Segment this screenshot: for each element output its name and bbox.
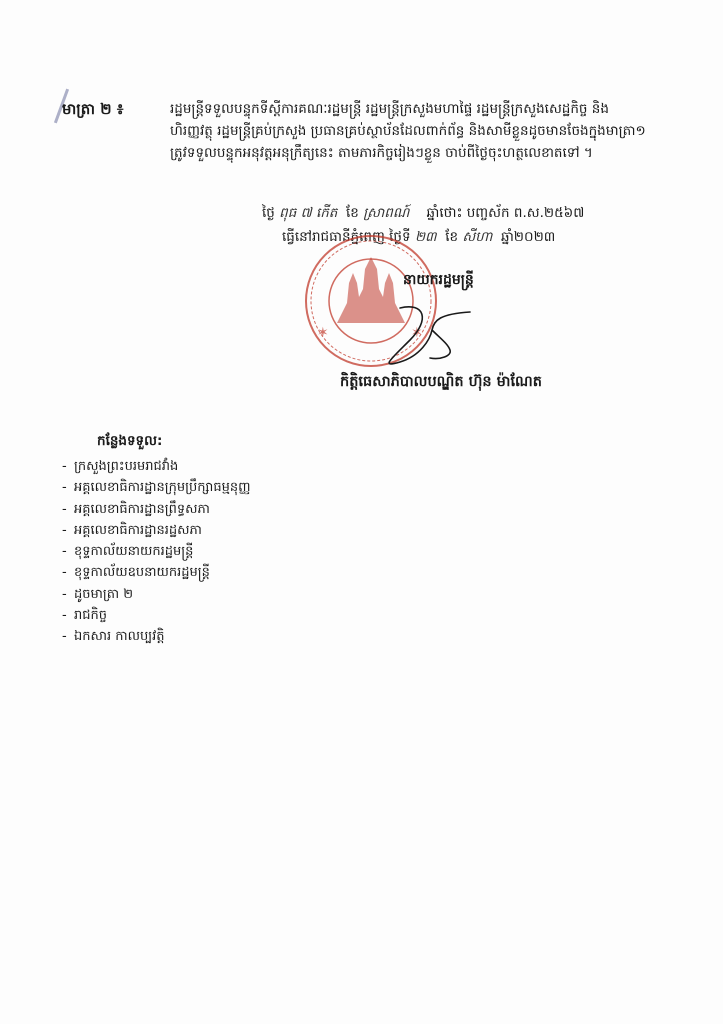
signature-icon [370,300,500,370]
solar-month-prefix: ខែ [445,229,458,245]
article-label: មាត្រា ២ ៖ [62,100,123,122]
recipients-heading: កន្លែងទទួល: [97,432,162,452]
lunar-prefix: ថ្ងៃ [262,205,275,221]
recipients-list: -ក្រសួងព្រះបរមរាជវាំង -អគ្គលេខាធិការដ្ឋា… [62,456,250,648]
list-item: -ដូចមាត្រា ២ [62,584,250,605]
lunar-year: ឆ្នាំថោះ បញ្ចស័ក ព.ស.២៥៦៧ [427,205,585,221]
solar-year: ឆ្នាំ២០២៣ [501,229,555,245]
list-item: -ខុទ្ទកាល័យនាយករដ្ឋមន្ត្រី [62,541,250,562]
signatory-name: កិត្តិធេសាភិបាលបណ្ឌិត ហ៊ុន ម៉ាណែត [340,373,542,394]
lunar-month-prefix: ខែ [346,205,359,221]
list-item: -អគ្គលេខាធិការដ្ឋានព្រឹទ្ធសភា [62,499,250,520]
article-line: ត្រូវទទួលបន្ទុកអនុវត្តអនុក្រឹត្យនេះ តាមភ… [170,142,665,164]
document-page: មាត្រា ២ ៖ រដ្ឋមន្ត្រីទទួលបន្ទុកទីស្តីកា… [0,0,723,1024]
list-item: -អគ្គលេខាធិការដ្ឋានរដ្ឋសភា [62,520,250,541]
signatory-title: នាយករដ្ឋមន្ត្រី [403,270,474,291]
svg-text:✶: ✶ [317,325,329,341]
list-item: -អគ្គលេខាធិការដ្ឋានក្រុមប្រឹក្សាធម្មនុញ្… [62,477,250,498]
lunar-date-line: ថ្ងៃ ពុធ ៧ កើត ខែ ស្រាពណ៍ ឆ្នាំថោះ បញ្ចស… [262,204,584,224]
list-item: -ឯកសារ កាលប្បវត្តិ [62,626,250,647]
list-item: -រាជកិច្ច [62,605,250,626]
article-body: រដ្ឋមន្ត្រីទទួលបន្ទុកទីស្តីការគណៈរដ្ឋមន្… [170,98,665,164]
list-item: -ក្រសួងព្រះបរមរាជវាំង [62,456,250,477]
list-item: -ខុទ្ទកាល័យឧបនាយករដ្ឋមន្ត្រី [62,562,250,583]
solar-month-handwritten: សីហា [462,229,492,245]
article-line: ហិរញ្ញវត្ថុ រដ្ឋមន្ត្រីគ្រប់ក្រសួង ប្រធា… [170,120,665,142]
article-line: រដ្ឋមន្ត្រីទទួលបន្ទុកទីស្តីការគណៈរដ្ឋមន្… [170,98,665,120]
lunar-day-handwritten: ពុធ ៧ កើត [279,205,337,221]
lunar-month-handwritten: ស្រាពណ៍ [363,205,409,221]
